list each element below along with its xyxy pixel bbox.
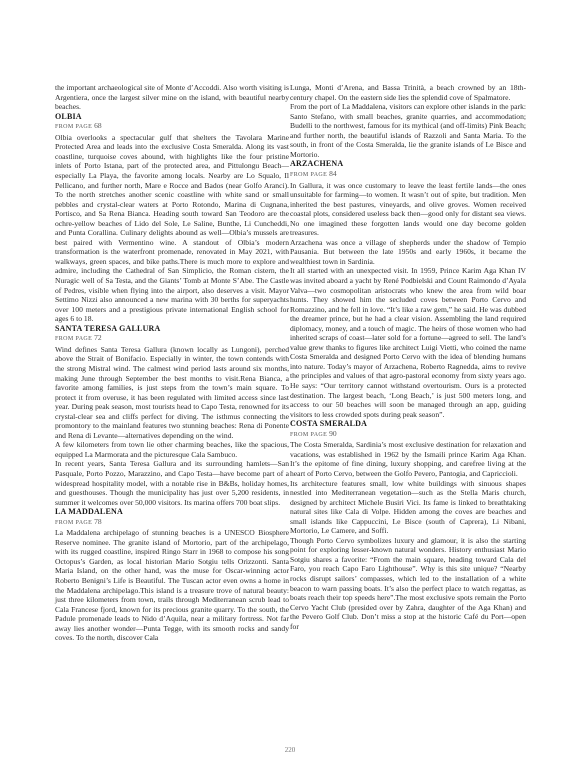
- from-page-text: FROM PAGE: [290, 172, 327, 178]
- section-arzachena: ARZACHENA FROM PAGE 84 In Gallura, it wa…: [290, 159, 526, 419]
- section-olbia: OLBIA FROM PAGE 68 Olbia overlooks a spe…: [55, 112, 289, 324]
- from-page-number: 84: [329, 169, 337, 178]
- section-heading: SANTA TERESA GALLURA: [55, 324, 289, 334]
- body-paragraph: A few kilometers from town lie other cha…: [55, 440, 289, 459]
- body-paragraph: Arzachena was once a village of shepherd…: [290, 238, 526, 267]
- body-paragraph: It all started with an unexpected visit.…: [290, 266, 526, 419]
- body-paragraph: Its architecture features small, low whi…: [290, 479, 526, 536]
- from-page-text: FROM PAGE: [290, 432, 327, 438]
- from-page-number: 78: [94, 517, 102, 526]
- intro-paragraph: Lunga, Monti d’Arena, and Bassa Trinità,…: [290, 83, 526, 102]
- from-page-label: FROM PAGE 72: [55, 333, 289, 345]
- intro-paragraph: From the port of La Maddalena, visitors …: [290, 102, 526, 159]
- from-page-number: 72: [94, 333, 102, 342]
- from-page-number: 68: [94, 121, 102, 130]
- body-paragraph: Olbia overlooks a spectacular gulf that …: [55, 133, 289, 324]
- from-page-label: FROM PAGE 68: [55, 121, 289, 133]
- from-page-label: FROM PAGE 78: [55, 517, 289, 529]
- right-column: Lunga, Monti d’Arena, and Bassa Trinità,…: [290, 83, 526, 631]
- magazine-page: the important archaeological site of Mon…: [0, 0, 580, 781]
- from-page-text: FROM PAGE: [55, 336, 92, 342]
- left-column: the important archaeological site of Mon…: [55, 83, 289, 643]
- page-number: 220: [270, 746, 310, 754]
- intro-paragraph: the important archaeological site of Mon…: [55, 83, 289, 112]
- section-heading: COSTA SMERALDA: [290, 419, 526, 429]
- body-paragraph: Though Porto Cervo symbolizes luxury and…: [290, 536, 526, 631]
- section-heading: ARZACHENA: [290, 159, 526, 169]
- body-paragraph: Wind defines Santa Teresa Gallura (known…: [55, 345, 289, 440]
- section-heading: OLBIA: [55, 112, 289, 122]
- section-santa-teresa-gallura: SANTA TERESA GALLURA FROM PAGE 72 Wind d…: [55, 324, 289, 507]
- body-paragraph: The Costa Smeralda, Sardinia’s most excl…: [290, 440, 526, 478]
- from-page-text: FROM PAGE: [55, 124, 92, 130]
- from-page-label: FROM PAGE 90: [290, 429, 526, 441]
- from-page-label: FROM PAGE 84: [290, 169, 526, 181]
- body-paragraph: In recent years, Santa Teresa Gallura an…: [55, 459, 289, 507]
- body-paragraph: In Gallura, it was once customary to lea…: [290, 181, 526, 238]
- section-costa-smeralda: COSTA SMERALDA FROM PAGE 90 The Costa Sm…: [290, 419, 526, 631]
- from-page-text: FROM PAGE: [55, 520, 92, 526]
- body-paragraph: La Maddalena archipelago of stunning bea…: [55, 528, 289, 643]
- section-heading: LA MADDALENA: [55, 507, 289, 517]
- from-page-number: 90: [329, 429, 337, 438]
- section-la-maddalena: LA MADDALENA FROM PAGE 78 La Maddalena a…: [55, 507, 289, 643]
